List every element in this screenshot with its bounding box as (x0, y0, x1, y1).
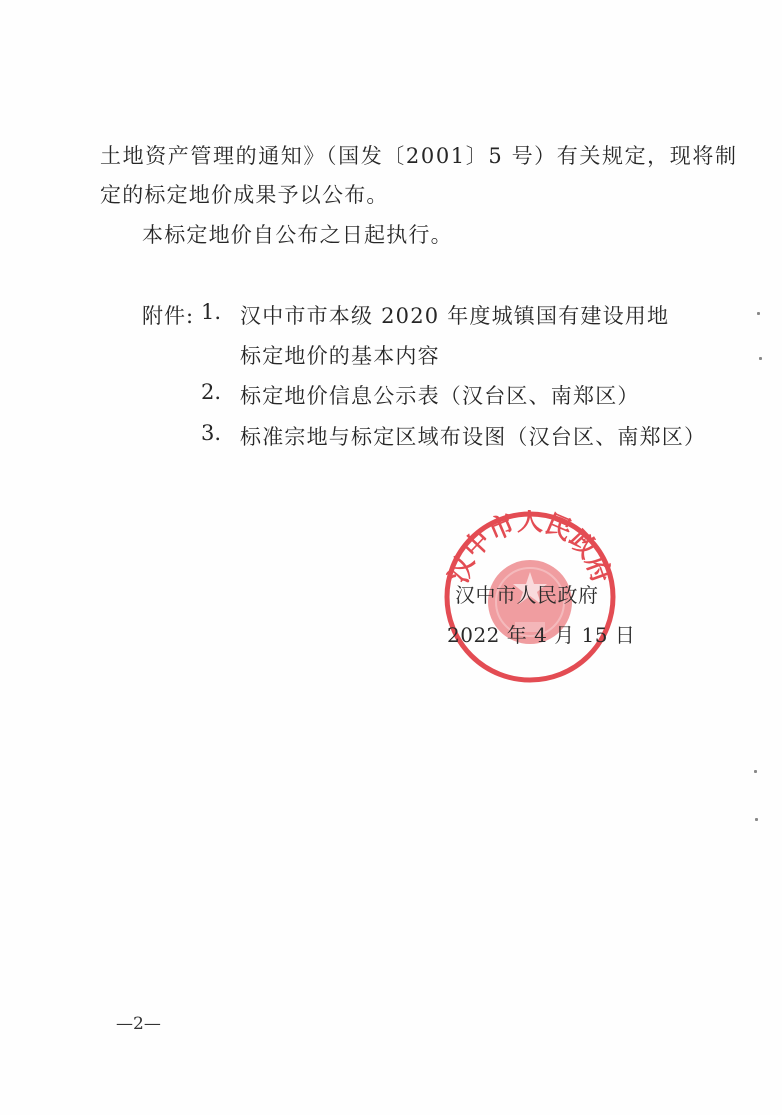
document-page: 土地资产管理的通知》（国发〔2001〕5 号）有关规定，现将制 定的标定地价成果… (0, 0, 782, 1115)
attachment-text-1-line-2: 标定地价的基本内容 (240, 340, 440, 370)
body-text-line-3: 本标定地价自公布之日起执行。 (142, 219, 453, 249)
page-number: —2— (116, 1014, 161, 1034)
attachment-number-2: 2. (201, 380, 221, 404)
attachment-text-1-line-1: 汉中市市本级 2020 年度城镇国有建设用地 (240, 300, 669, 330)
signature-date: 2022 年 4 月 15 日 (447, 619, 635, 648)
attachments-label: 附件: (142, 300, 194, 330)
body-text-line-2: 定的标定地价成果予以公布。 (100, 179, 389, 209)
attachment-number-3: 3. (201, 421, 221, 445)
scan-speck (759, 357, 762, 360)
attachment-text-2: 标定地价信息公示表（汉台区、南郑区） (240, 380, 640, 410)
signature-organization: 汉中市人民政府 (455, 579, 599, 608)
scan-speck (755, 818, 758, 821)
attachment-number-1: 1. (201, 300, 221, 324)
attachment-text-3: 标准宗地与标定区域布设图（汉台区、南郑区） (240, 421, 706, 451)
body-text-line-1: 土地资产管理的通知》（国发〔2001〕5 号）有关规定，现将制 (100, 140, 738, 170)
scan-speck (754, 770, 757, 773)
scan-speck (757, 312, 760, 315)
